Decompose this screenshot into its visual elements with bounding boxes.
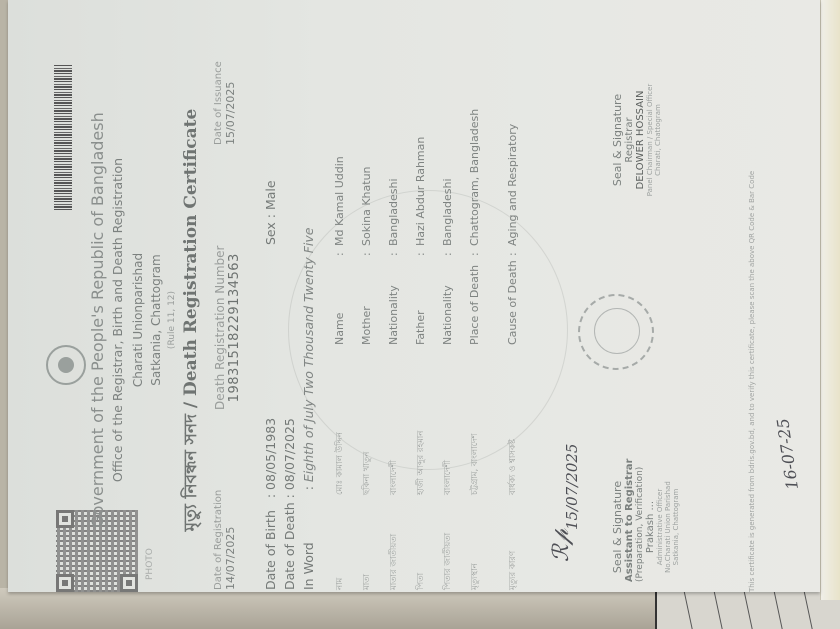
sex-row: Sex : Male — [263, 180, 278, 245]
field-colon: : — [333, 252, 346, 256]
field-label: Cause of Death — [506, 260, 519, 345]
registrar-name: DELOWER HOSSAIN — [635, 70, 646, 210]
watermark-emblem — [288, 190, 568, 470]
in-word-value: Eighth of July Two Thousand Twenty Five — [301, 228, 316, 483]
issuance-date-label: Date of Issuance — [213, 61, 224, 145]
union-name: Charati Unionparishad — [131, 30, 145, 610]
verification-footer: This certificate is generated from bdris… — [748, 171, 756, 592]
district-name: Satkania, Chattogram — [149, 30, 163, 610]
paper-stack-edge — [820, 0, 840, 600]
bangla-label: মাতার জাতীয়তা — [387, 534, 401, 590]
field-value: Chattogram, Bangladesh — [468, 109, 481, 246]
assistant-role: Assistant to Registrar — [624, 472, 635, 582]
assistant-role-sub: (Preparation, Verification) — [635, 472, 645, 582]
bangla-value: মোঃ কামাল উদ্দিন — [333, 432, 347, 495]
assistant-stamp-line: No.Charati Union Parishad — [664, 472, 672, 582]
field-colon: : — [506, 252, 519, 256]
dod-value: 08/07/2025 — [282, 418, 297, 490]
bangla-label: মাতা — [360, 574, 374, 590]
assistant-stamp-line: Prakash ... — [645, 472, 656, 582]
field-colon: : — [468, 252, 481, 256]
dod-label: Date of Death — [282, 502, 297, 590]
bangla-label: পিতা — [414, 573, 428, 590]
field-label: Father — [414, 310, 427, 345]
field-value: Sokina Khatun — [360, 166, 373, 246]
assistant-seal-title: Seal & Signature — [611, 472, 624, 582]
barcode[interactable] — [54, 65, 72, 210]
office-heading: Office of the Registrar, Birth and Death… — [110, 30, 125, 610]
assistant-signature-block: ℛ𝓅 15/07/2025 Seal & Signature Assistant… — [611, 472, 680, 582]
bangla-label: মৃত্যুর কারণ — [506, 551, 520, 590]
registration-date-value: 14/07/2025 — [224, 490, 237, 590]
registrar-role: Registrar — [624, 70, 635, 210]
field-label: Mother — [360, 306, 373, 345]
field-colon: : — [441, 252, 454, 256]
field-value: Bangladeshi — [441, 178, 454, 246]
government-heading: Government of the People's Republic of B… — [88, 30, 107, 610]
dob-value: 08/05/1983 — [263, 418, 278, 490]
rule-reference: (Rule 11, 12) — [167, 30, 177, 610]
bangla-label: মৃত্যুস্থান — [468, 563, 482, 590]
issuance-date-value: 15/07/2025 — [224, 61, 237, 145]
handwritten-sign-date: 15/07/2025 — [563, 444, 581, 530]
field-colon: : — [360, 252, 373, 256]
death-certificate: PHOTO Government of the People's Republi… — [48, 30, 808, 610]
registration-number-value: 19831518229134563 — [227, 246, 242, 410]
field-value: Md Kamal Uddin — [333, 156, 346, 246]
sex-label: Sex — [263, 222, 278, 245]
bangla-label: পিতার জাতীয়তা — [441, 533, 455, 590]
field-label: Nationality — [387, 285, 400, 345]
date-of-death-row: Date of Death : 08/07/2025 — [282, 418, 297, 590]
bangla-value: চট্টগ্রাম, বাংলাদেশ — [468, 434, 482, 495]
assistant-stamp-line: Administrative Officer — [656, 472, 664, 582]
registration-date-label: Date of Registration — [213, 490, 224, 590]
field-value: Aging and Respiratory — [506, 124, 519, 246]
dob-label: Date of Birth — [263, 510, 278, 590]
field-label: Name — [333, 313, 346, 345]
bangla-value: হাজী আব্দুর রহমান — [414, 431, 428, 495]
field-value: Bangladeshi — [387, 178, 400, 246]
certificate-paper: PHOTO Government of the People's Republi… — [8, 0, 820, 592]
handwritten-signature: ℛ𝓅 — [549, 529, 574, 562]
issuance-date: Date of Issuance 15/07/2025 — [213, 61, 237, 145]
field-colon: : — [387, 252, 400, 256]
registration-number-label: Death Registration Number — [213, 246, 227, 410]
registration-date: Date of Registration 14/07/2025 — [213, 490, 237, 590]
government-emblem-icon — [46, 345, 86, 385]
registrar-stamp-line: Panel Chairman / Special Officer — [646, 70, 654, 210]
bangla-label: নাম — [333, 578, 347, 590]
handwritten-annotation: 16-07-25 — [773, 417, 802, 491]
bangla-value: বাংলাদেশী — [387, 460, 401, 495]
union-seal-stamp — [578, 294, 654, 370]
certificate-title: মৃত্যু নিবন্ধন সনদ / Death Registration … — [178, 30, 206, 610]
registrar-seal-title: Seal & Signature — [611, 70, 624, 210]
bangla-value: বার্ধক্য ও শ্বাসকষ্ট — [506, 439, 520, 495]
sex-value: Male — [263, 180, 278, 210]
field-label: Place of Death — [468, 265, 481, 345]
bangla-value: বাংলাদেশী — [441, 460, 455, 495]
field-value: Hazi Abdur Rahman — [414, 137, 427, 246]
registrar-stamp-line: Charati, Chattogram — [654, 70, 662, 210]
bangla-value: ছকিনা খাতুন — [360, 452, 374, 495]
date-of-birth-row: Date of Birth : 08/05/1983 — [263, 418, 278, 590]
registrar-signature-block: Seal & Signature Registrar DELOWER HOSSA… — [611, 70, 662, 210]
field-label: Nationality — [441, 285, 454, 345]
assistant-stamp-line: Satkania, Chattogram — [672, 472, 680, 582]
in-word-row: In Word : Eighth of July Two Thousand Tw… — [301, 228, 316, 590]
registration-number: Death Registration Number 19831518229134… — [213, 246, 242, 410]
field-colon: : — [414, 252, 427, 256]
in-word-label: In Word — [301, 542, 316, 590]
